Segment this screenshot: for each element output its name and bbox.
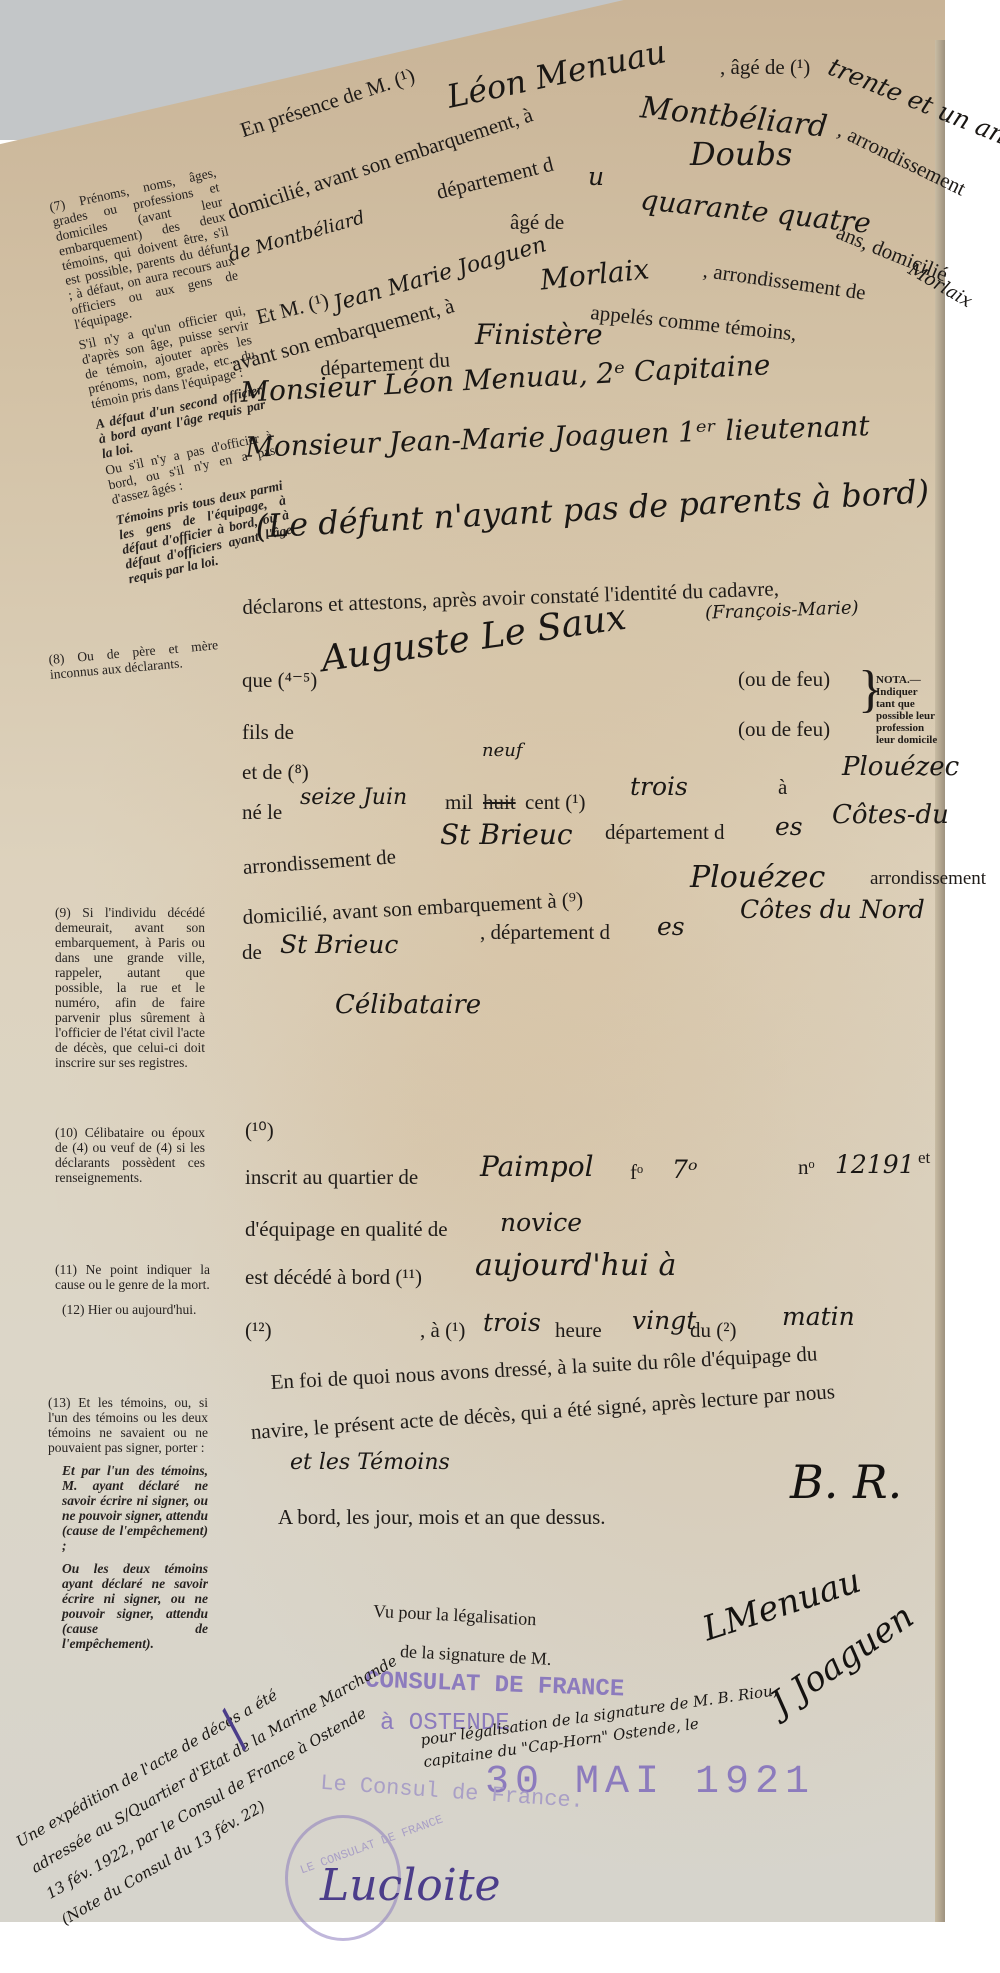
captain-signature: B. R. [790,1455,902,1509]
number-label: nᵒ [798,1155,815,1180]
line-20-printed-a: inscrit au quartier de [245,1165,418,1190]
line-19-printed: (¹⁰) [245,1118,274,1143]
line-1-printed-b: , âgé de (¹) [720,55,810,80]
residence-department: Côtes du Nord [740,895,925,924]
line-16-printed-b: arrondissement [870,868,986,890]
page-edge [935,40,945,1922]
line-14-printed-a: né le [242,800,282,825]
line-17-suffix: es [657,912,685,941]
line-15-printed-b: département d [605,820,725,845]
birth-year: trois [630,772,688,801]
line-17-de: de [242,940,262,965]
line-15-suffix: es [775,812,803,841]
margin-note-12: (12) Hier ou aujourd'hui. [62,1302,212,1317]
line-11-printed: que (⁴⁻⁵) [242,668,317,693]
crew-role: novice [500,1208,582,1237]
note-13c-text: Ou les deux témoins ayant déclaré ne sav… [48,1561,208,1651]
line-23-printed-a: (¹²) [245,1318,272,1343]
struck-huit: huit [483,790,516,815]
ou-de-feu-2: (ou de feu) [738,717,830,742]
line-27-printed: A bord, les jour, mois et an que dessus. [278,1505,606,1530]
residence-arrondissement: St Brieuc [280,930,398,959]
death-period: matin [782,1302,855,1331]
margin-note-13: (13) Et les témoins, ou, si l'un des tém… [48,1395,208,1651]
note-13b-text: Et par l'un des témoins, M. ayant déclar… [48,1463,208,1553]
folio-number: 7ᵒ [672,1155,698,1184]
death-day: aujourd'hui à [475,1248,676,1283]
witness-2-department: Finistère [475,318,603,351]
correction-neuf: neuf [482,740,523,761]
line-23-printed-b: , à (¹) [420,1318,465,1343]
line-21-printed: d'équipage en qualité de [245,1217,448,1242]
margin-note-11: (11) Ne point indiquer la cause ou le ge… [55,1262,210,1292]
line-23-du: du (²) [690,1318,737,1343]
line-13-printed: et de (⁸) [242,760,309,785]
line-14-cent: cent (¹) [525,790,586,815]
birth-place: Plouézec [842,752,959,782]
line-20-et: et [918,1148,930,1168]
nota-note: NOTA.— Indiquer tant que possible leur p… [876,674,938,746]
registration-number: 12191 [835,1150,915,1179]
line-17-printed-b: , département d [480,920,610,945]
ou-de-feu-1: (ou de feu) [738,667,830,692]
death-minutes: vingt [632,1306,696,1335]
margin-note-10: (10) Célibataire ou époux de (4) ou veuf… [55,1125,205,1185]
line-4-printed-b: âgé de [510,210,564,235]
line-14-mil: mil [445,790,473,815]
residence: Plouézec [690,860,825,895]
birth-date: seize Juin [300,785,407,810]
birth-arrondissement: St Brieuc [440,818,573,851]
witness-1-department: Doubs [690,135,792,173]
marital-status: Célibataire [335,990,481,1020]
consul-signature: Lucloite [320,1860,501,1911]
line-12-printed: fils de [242,720,294,745]
birth-department: Côtes-du [832,800,949,830]
note-13-text: (13) Et les témoins, ou, si l'un des tém… [48,1395,208,1455]
folio-label: fᵒ [630,1160,643,1185]
line-3-suffix: u [588,162,604,191]
margin-note-9: (9) Si l'individu décédé demeurait, avan… [55,905,205,1070]
and-witnesses: et les Témoins [290,1450,450,1475]
line-22-printed: est décédé à bord (¹¹) [245,1265,422,1290]
death-hour: trois [483,1308,541,1337]
line-23-heure: heure [555,1318,602,1343]
registration-quarter: Paimpol [480,1150,594,1183]
line-14-a: à [778,775,787,800]
